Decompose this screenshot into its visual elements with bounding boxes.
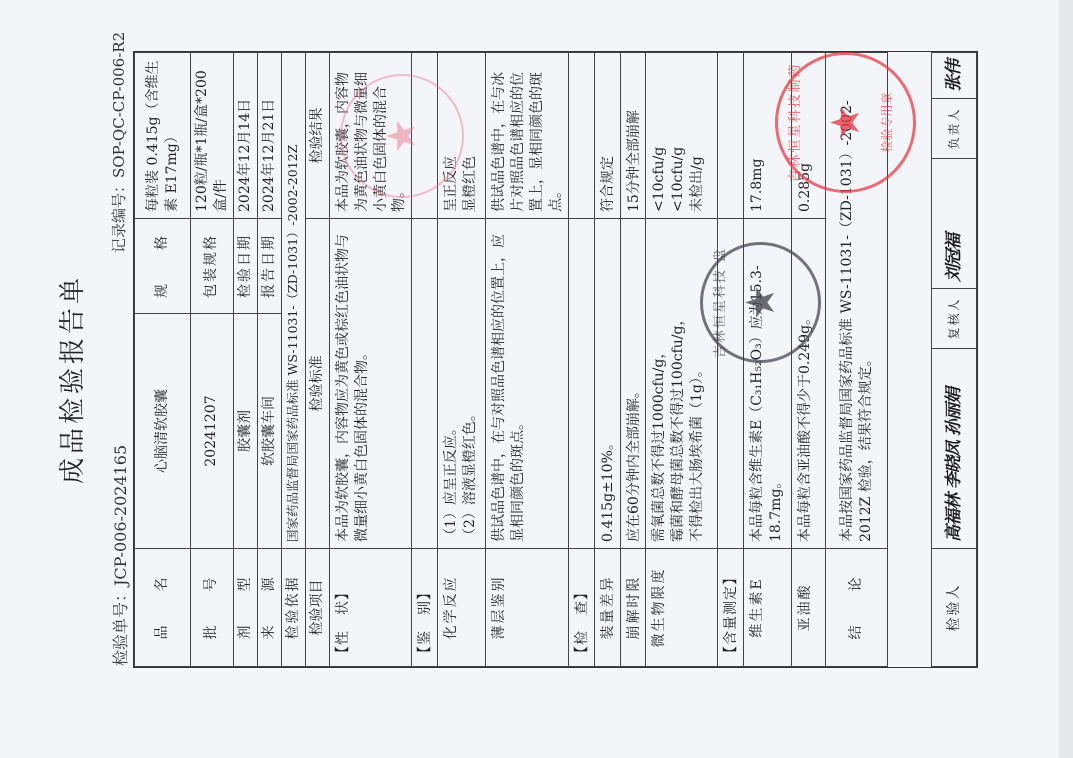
row-result: 符合规定: [594, 53, 620, 219]
row-standard: 本品每粒含维生素E（C₃₁H₅₂O₃）应为15.3-18.7mg。: [744, 219, 792, 549]
test-date-label: 检验日期: [233, 219, 257, 314]
row-item: 【检 查】: [568, 549, 594, 667]
row-result: [412, 53, 438, 219]
column-result: 检验结果: [305, 53, 329, 219]
row-item: 微生物限度: [646, 549, 718, 667]
record-number-label: 记录编号：: [110, 178, 128, 253]
table-row: 【含量测定】: [718, 53, 744, 667]
row-item: 装量差异: [594, 549, 620, 667]
conclusion-text: 本品按国家药品监督局国家药品标准 WS-11031-（ZD-1031）-2002…: [826, 53, 888, 549]
record-number: 记录编号：SOP-QC-CP-006-R2: [108, 32, 129, 253]
manager-label: 负责人: [932, 99, 977, 159]
row-result: 15分钟全部崩解: [620, 53, 646, 219]
table-row: 维生素E本品每粒含维生素E（C₃₁H₅₂O₃）应为15.3-18.7mg。17.…: [744, 53, 792, 667]
row-item: 维生素E: [744, 549, 792, 667]
row-standard: [568, 219, 594, 549]
spec-label: 规 格: [135, 219, 191, 314]
row-standard: 本品为软胶囊，内容物应为黄色或棕红色油状物与微量细小黄白色固体的混合物。: [329, 219, 412, 549]
row-standard: 0.415g±10%。: [594, 219, 620, 549]
inspection-number-label: 检验单号：: [111, 586, 130, 666]
report-table: 品 名 心脑清软胶囊 规 格 每粒装 0.415g（含维生素 E17mg） 批 …: [133, 51, 978, 668]
spec-value: 每粒装 0.415g（含维生素 E17mg）: [135, 53, 191, 219]
reviewer-label: 复核人: [932, 289, 977, 349]
row-result: 供试品色谱中，在与冰片对照品色谱相应的位置上，显相同颜色的斑点。: [486, 53, 569, 219]
row-standard: [412, 219, 438, 549]
row-standard: 应在60分钟内全部崩解。: [620, 219, 646, 549]
package-label: 包装规格: [191, 219, 234, 314]
column-item: 检验项目: [305, 549, 329, 667]
row-item: 薄层鉴别: [486, 549, 569, 667]
row-result: [568, 53, 594, 219]
row-standard: 供试品色谱中，在与对照品色谱相应的位置上，应显相同颜色的斑点。: [486, 219, 569, 549]
row-result: <10cfu/g <10cfu/g 未检出/g: [646, 53, 718, 219]
dosage-label: 剂 型: [233, 549, 257, 667]
manager-signature: 张伟: [932, 53, 977, 99]
row-result: 17.8mg: [744, 53, 792, 219]
batch-value: 20241207: [191, 314, 234, 549]
inspection-report: 成品检验报告单 检验单号：JCP-006-2024165 记录编号：SOP-QC…: [0, 0, 1073, 758]
row-result: 本品为软胶囊，内容物为黄色油状物与微量细小黄白色固体的混合物。: [329, 53, 412, 219]
report-date-value: 2024年12月21日: [257, 53, 281, 219]
basis-value: 国家药品监督局国家药品标准 WS-11031-（ZD-1031）-2002-20…: [281, 53, 305, 549]
table-row: 微生物限度需氧菌总数不得过1000cfu/g， 霉菌和酵母菌总数不得过100cf…: [646, 53, 718, 667]
row-item: 【含量测定】: [718, 549, 744, 667]
column-standard: 检验标准: [305, 219, 329, 549]
row-item: 【性 状】: [329, 549, 412, 667]
table-row: 【检 查】: [568, 53, 594, 667]
table-row: 装量差异0.415g±10%。符合规定: [594, 53, 620, 667]
inspection-number: 检验单号：JCP-006-2024165: [108, 445, 131, 666]
source-value: 软胶囊车间: [257, 314, 281, 549]
row-item: 崩解时限: [620, 549, 646, 667]
row-standard: （1）应呈正反应。 （2）溶液显橙红色。: [438, 219, 486, 549]
reviewer-signature: 刘冠福: [932, 159, 977, 289]
row-item: 亚油酸: [792, 549, 826, 667]
table-row: 化学反应（1）应呈正反应。 （2）溶液显橙红色。呈正反应 显橙红色: [438, 53, 486, 667]
record-number-value: SOP-QC-CP-006-R2: [110, 32, 128, 178]
row-result: 0.285g: [792, 53, 826, 219]
conclusion-label: 结 论: [826, 549, 888, 667]
source-label: 来 源: [257, 549, 281, 667]
test-date-value: 2024年12月14日: [233, 53, 257, 219]
table-row: 亚油酸本品每粒含亚油酸不得少于0.249g。0.285g: [792, 53, 826, 667]
inspector-label: 检验人: [932, 549, 977, 667]
page-title: 成品检验报告单: [52, 0, 89, 758]
row-standard: [718, 219, 744, 549]
product-name-label: 品 名: [135, 549, 191, 667]
row-result: 呈正反应 显橙红色: [438, 53, 486, 219]
row-result: [718, 53, 744, 219]
report-date-label: 报告日期: [257, 219, 281, 314]
package-value: 120粒/瓶*1瓶/盒*200盒/件: [191, 53, 234, 219]
row-standard: 本品每粒含亚油酸不得少于0.249g。: [792, 219, 826, 549]
row-item: 【鉴 别】: [412, 549, 438, 667]
product-name: 心脑清软胶囊: [135, 314, 191, 549]
row-item: 化学反应: [438, 549, 486, 667]
inspector-signatures: 高福林 李晓凤 孙丽娟: [932, 349, 977, 549]
row-standard: 需氧菌总数不得过1000cfu/g， 霉菌和酵母菌总数不得过100cfu/g， …: [646, 219, 718, 549]
batch-label: 批 号: [191, 549, 234, 667]
inspection-number-value: JCP-006-2024165: [111, 445, 130, 586]
table-row: 崩解时限应在60分钟内全部崩解。15分钟全部崩解: [620, 53, 646, 667]
table-row: 【鉴 别】: [412, 53, 438, 667]
basis-label: 检验依据: [281, 549, 305, 667]
table-row: 【性 状】本品为软胶囊，内容物应为黄色或棕红色油状物与微量细小黄白色固体的混合物…: [329, 53, 412, 667]
dosage-value: 胶囊剂: [233, 314, 257, 549]
table-row: 薄层鉴别供试品色谱中，在与对照品色谱相应的位置上，应显相同颜色的斑点。供试品色谱…: [486, 53, 569, 667]
